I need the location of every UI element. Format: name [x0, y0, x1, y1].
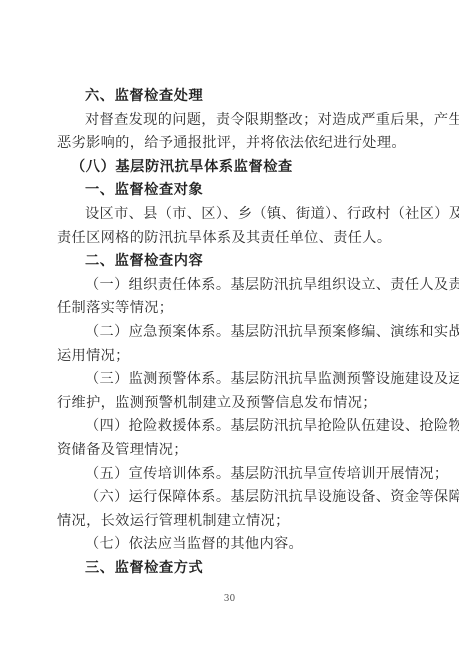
paragraph-line: 对督查发现的问题，责令限期整改；对造成严重后果，产生 [57, 109, 403, 133]
paragraph-line: 恶劣影响的，给予通报批评，并将依法依纪进行处理。 [57, 132, 403, 156]
heading-supervision-content: 二、监督检查内容 [57, 250, 403, 274]
list-item-operation-support: （六）运行保障体系。基层防汛抗旱设施设备、资金等保障 [57, 486, 403, 510]
paragraph-line: 设区市、县（市、区）、乡（镇、街道）、行政村（社区）及 [57, 203, 403, 227]
paragraph-line: 资储备及管理情况； [57, 439, 403, 463]
heading-supervision-method: 三、监督检查方式 [57, 557, 403, 581]
list-item-other-content: （七）依法应当监督的其他内容。 [57, 533, 403, 557]
paragraph-line: 运用情况； [57, 345, 403, 369]
document-page: 六、监督检查处理 对督查发现的问题，责令限期整改；对造成严重后果，产生 恶劣影响… [57, 85, 403, 580]
list-item-rescue: （四）抢险救援体系。基层防汛抗旱抢险队伍建设、抢险物 [57, 415, 403, 439]
list-item-organization-responsibility: （一）组织责任体系。基层防汛抗旱组织设立、责任人及责 [57, 274, 403, 298]
paragraph-line: 情况，长效运行管理机制建立情况； [57, 510, 403, 534]
heading-supervision-target: 一、监督检查对象 [57, 179, 403, 203]
heading-supervision-handling: 六、监督检查处理 [57, 85, 403, 109]
list-item-monitoring-warning: （三）监测预警体系。基层防汛抗旱监测预警设施建设及运 [57, 368, 403, 392]
list-item-publicity-training: （五）宣传培训体系。基层防汛抗旱宣传培训开展情况； [57, 463, 403, 487]
paragraph-line: 责任区网格的防汛抗旱体系及其责任单位、责任人。 [57, 227, 403, 251]
page-number: 30 [0, 594, 459, 604]
list-item-emergency-plan: （二）应急预案体系。基层防汛抗旱预案修编、演练和实战 [57, 321, 403, 345]
paragraph-line: 任制落实等情况； [57, 297, 403, 321]
section-title-grassroots-flood-drought: （八）基层防汛抗旱体系监督检查 [57, 156, 403, 180]
paragraph-line: 行维护，监测预警机制建立及预警信息发布情况； [57, 392, 403, 416]
